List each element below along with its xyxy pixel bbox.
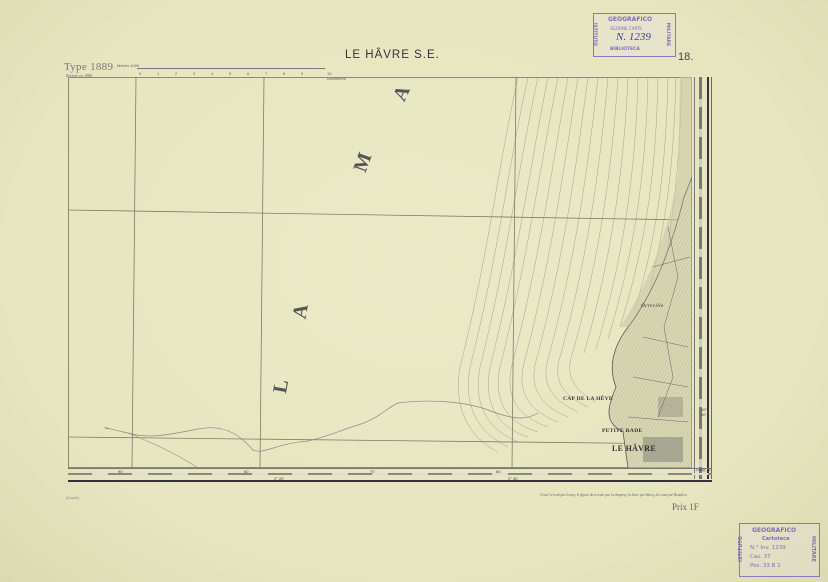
right-coordinate-label: 49° 30' <box>701 407 712 417</box>
degree-label: 90 <box>118 469 122 474</box>
scale-tick: 4 <box>211 71 213 76</box>
bottom-border: 90 80 70 60 2° 20' 2° 30' <box>68 468 712 484</box>
scale-line <box>137 68 325 69</box>
scale-tick: 9 <box>301 71 303 76</box>
scale-tick: 7 <box>265 71 267 76</box>
copy-note: (Copie) <box>66 495 79 500</box>
stamp-text: Cas. 37 <box>750 554 771 560</box>
stamp-text: ISTITUTO <box>592 23 597 46</box>
stamp-text: ISTITUTO <box>738 536 744 562</box>
stamp-text: MILITARE <box>810 536 816 562</box>
scale-label: Mètres 1000 <box>117 63 139 68</box>
stamp-text: GEOGRAFICO <box>752 527 796 534</box>
stamp-text: Cartoteca <box>762 536 789 542</box>
sheet-number: 18. <box>678 51 693 63</box>
map-drawing <box>68 77 692 468</box>
scale-tick: 5 <box>229 71 231 76</box>
scale-tick: 6 <box>247 71 249 76</box>
place-label: LE HÂVRE <box>612 444 656 453</box>
stamp-text: BIBLIOTECA <box>610 47 640 52</box>
stamp-number: N. 1239 <box>616 31 651 43</box>
sheet-title: LE HÂVRE S.E. <box>345 49 440 61</box>
degree-label: 70 <box>370 469 374 474</box>
scale-tick: 1 <box>157 71 159 76</box>
stamp-text: Pos. 33 B 1 <box>750 563 781 569</box>
stamp-text: GEOGRAFICO <box>608 16 652 23</box>
engraving-credits: Gravé le trait par Lenoy, le figuré du t… <box>540 493 687 497</box>
place-label: CAP DE LA HÊVE <box>563 396 613 402</box>
degree-label: 80 <box>244 469 248 474</box>
archive-stamp: GEOGRAFICO Cartoteca N.° Inv. 1239 Cas. … <box>739 523 820 577</box>
type-label: Type 1889 <box>64 61 113 73</box>
scale-tick: 8 <box>283 71 285 76</box>
scale-tick: 2 <box>175 71 177 76</box>
longitude-label: 2° 20' <box>274 476 284 481</box>
library-stamp: GEOGRAFICO SEZIONE CARTE N. 1239 BIBLIOT… <box>593 13 676 57</box>
map-frame: L A M A CAP DE LA HÊVE PETITE RADE LE HÂ… <box>68 77 692 468</box>
stamp-text: MILITARE <box>665 23 670 46</box>
degree-label: 60 <box>496 469 500 474</box>
stamp-text: N.° Inv. 1239 <box>750 545 786 551</box>
place-label: Octeville <box>641 303 664 309</box>
place-label: PETITE RADE <box>602 428 642 434</box>
scale-tick: 0 <box>139 71 141 76</box>
price-label: Prix 1F <box>672 502 699 512</box>
scale-tick: 3 <box>193 71 195 76</box>
longitude-label: 2° 30' <box>508 476 518 481</box>
right-border: 49° 30' Long. O. <box>694 77 712 479</box>
